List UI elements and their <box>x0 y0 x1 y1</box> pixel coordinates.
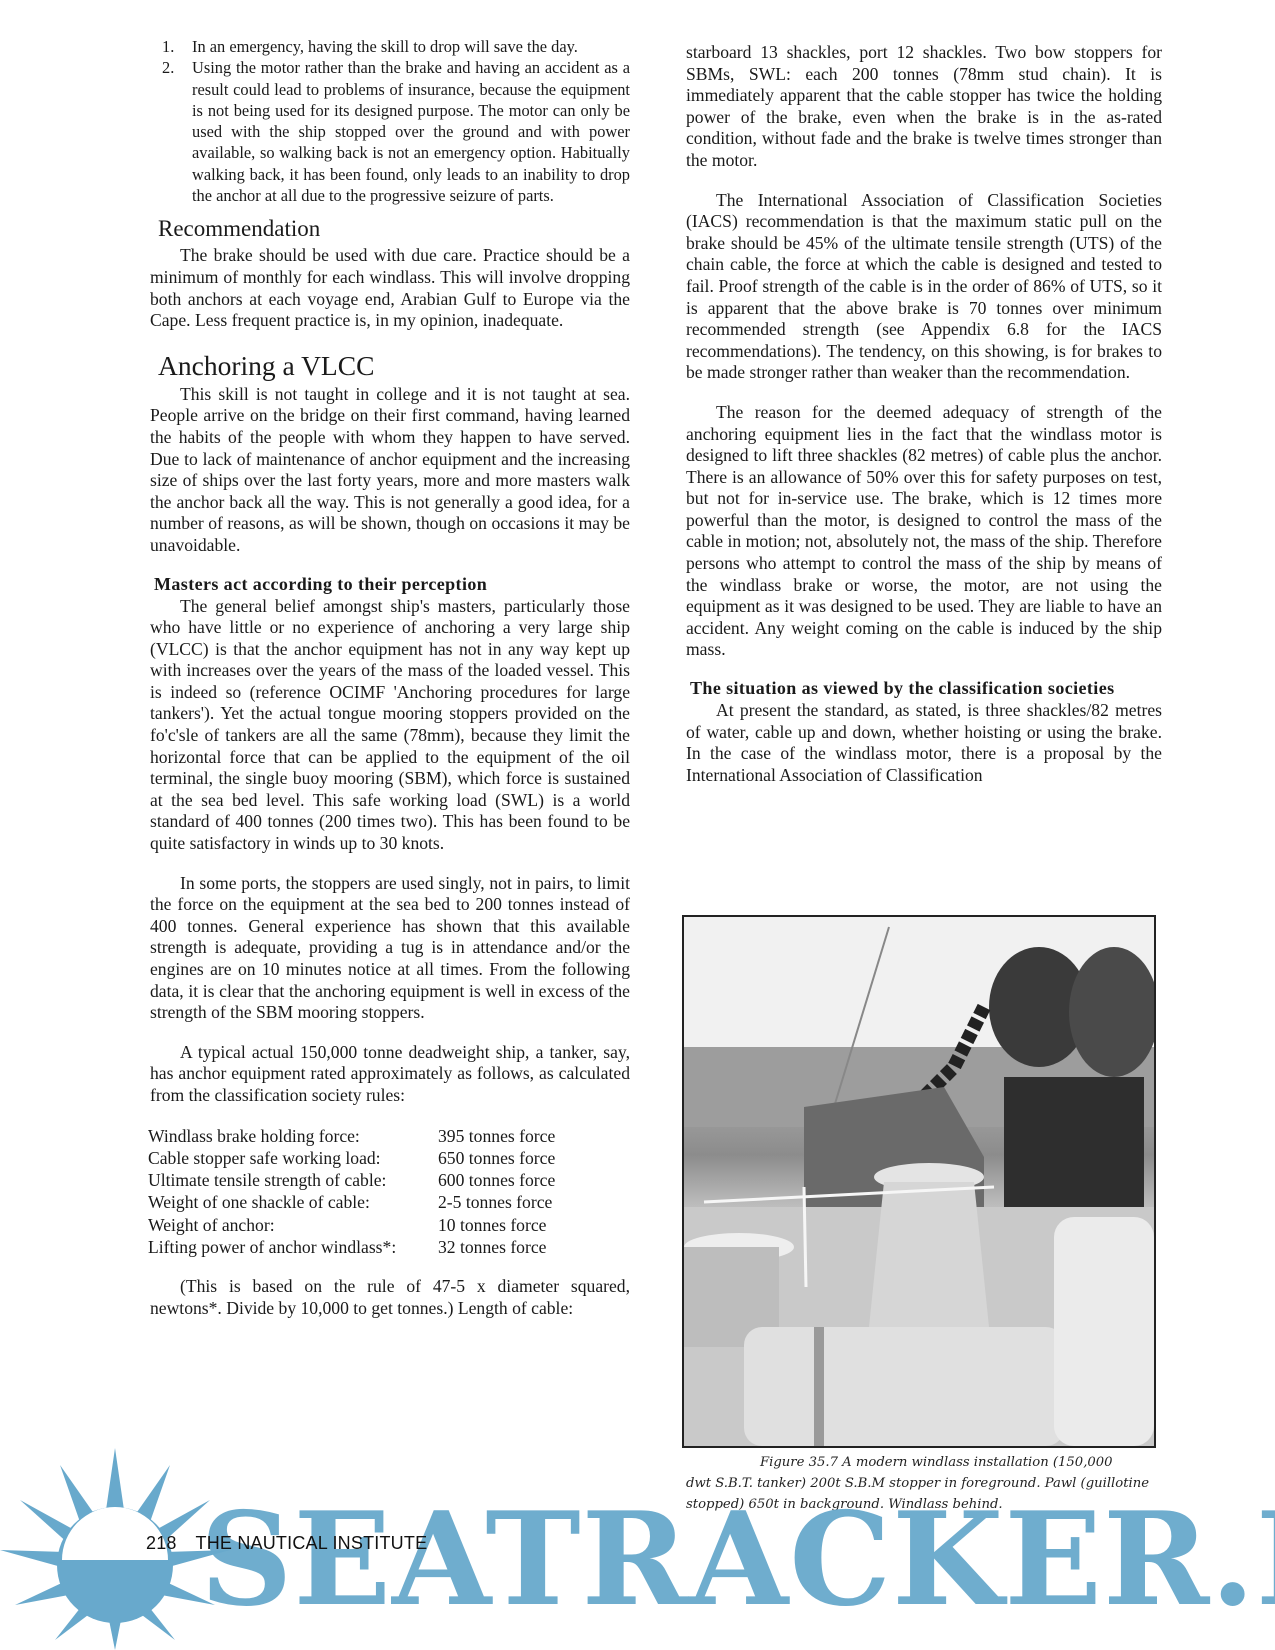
list-number: 2. <box>162 57 174 78</box>
spec-value: 2-5 tonnes force <box>438 1191 630 1213</box>
section-heading: Anchoring a VLCC <box>158 350 630 382</box>
list-text: Using the motor rather than the brake an… <box>192 58 630 205</box>
spec-label: Lifting power of anchor windlass*: <box>148 1236 438 1258</box>
spec-label: Ultimate tensile strength of cable: <box>148 1169 438 1191</box>
left-column: 1. In an emergency, having the skill to … <box>150 36 630 1320</box>
reason-paragraph: The reason for the deemed adequacy of st… <box>686 402 1162 661</box>
classification-subheading: The situation as viewed by the classific… <box>690 677 1162 699</box>
section-intro-paragraph: This skill is not taught in college and … <box>150 384 630 557</box>
belief-paragraph: The general belief amongst ship's master… <box>150 596 630 855</box>
spec-value: 10 tonnes force <box>438 1214 630 1236</box>
spec-label: Cable stopper safe working load: <box>148 1147 438 1169</box>
rule-paragraph: (This is based on the rule of 47-5 x dia… <box>150 1276 630 1319</box>
recommendation-paragraph: The brake should be used with due care. … <box>150 245 630 331</box>
list-text: In an emergency, having the skill to dro… <box>192 37 578 56</box>
iacs-paragraph: The International Association of Classif… <box>686 190 1162 384</box>
right-column: starboard 13 shackles, port 12 shackles.… <box>686 42 1162 786</box>
equipment-ratings-table: Windlass brake holding force: 395 tonnes… <box>148 1125 630 1259</box>
spec-value: 32 tonnes force <box>438 1236 630 1258</box>
numbered-list: 1. In an emergency, having the skill to … <box>150 36 630 206</box>
page-number: 218 <box>146 1533 177 1553</box>
continued-paragraph: starboard 13 shackles, port 12 shackles.… <box>686 42 1162 172</box>
spec-value: 650 tonnes force <box>438 1147 630 1169</box>
page-footer: 218 THE NAUTICAL INSTITUTE <box>146 1533 427 1554</box>
recommendation-heading: Recommendation <box>158 216 630 242</box>
windlass-photo <box>682 915 1156 1448</box>
windlass-photo-illustration <box>684 917 1154 1446</box>
ports-paragraph: In some ports, the stoppers are used sin… <box>150 873 630 1024</box>
list-number: 1. <box>162 36 174 57</box>
spec-value: 395 tonnes force <box>438 1125 630 1147</box>
spec-label: Weight of one shackle of cable: <box>148 1191 438 1213</box>
spec-value: 600 tonnes force <box>438 1169 630 1191</box>
standard-paragraph: At present the standard, as stated, is t… <box>686 700 1162 786</box>
masters-subheading: Masters act according to their perceptio… <box>154 573 630 595</box>
spec-label: Windlass brake holding force: <box>148 1125 438 1147</box>
typical-ship-paragraph: A typical actual 150,000 tonne deadweigh… <box>150 1042 630 1107</box>
spec-label: Weight of anchor: <box>148 1214 438 1236</box>
publisher-name: THE NAUTICAL INSTITUTE <box>196 1533 428 1553</box>
list-item: 1. In an emergency, having the skill to … <box>150 36 630 57</box>
watermark-text: SEATRACKER.RU <box>200 1495 1275 1625</box>
caption-line-1: Figure 35.7 A modern windlass installati… <box>686 1452 1156 1473</box>
list-item: 2. Using the motor rather than the brake… <box>150 57 630 206</box>
